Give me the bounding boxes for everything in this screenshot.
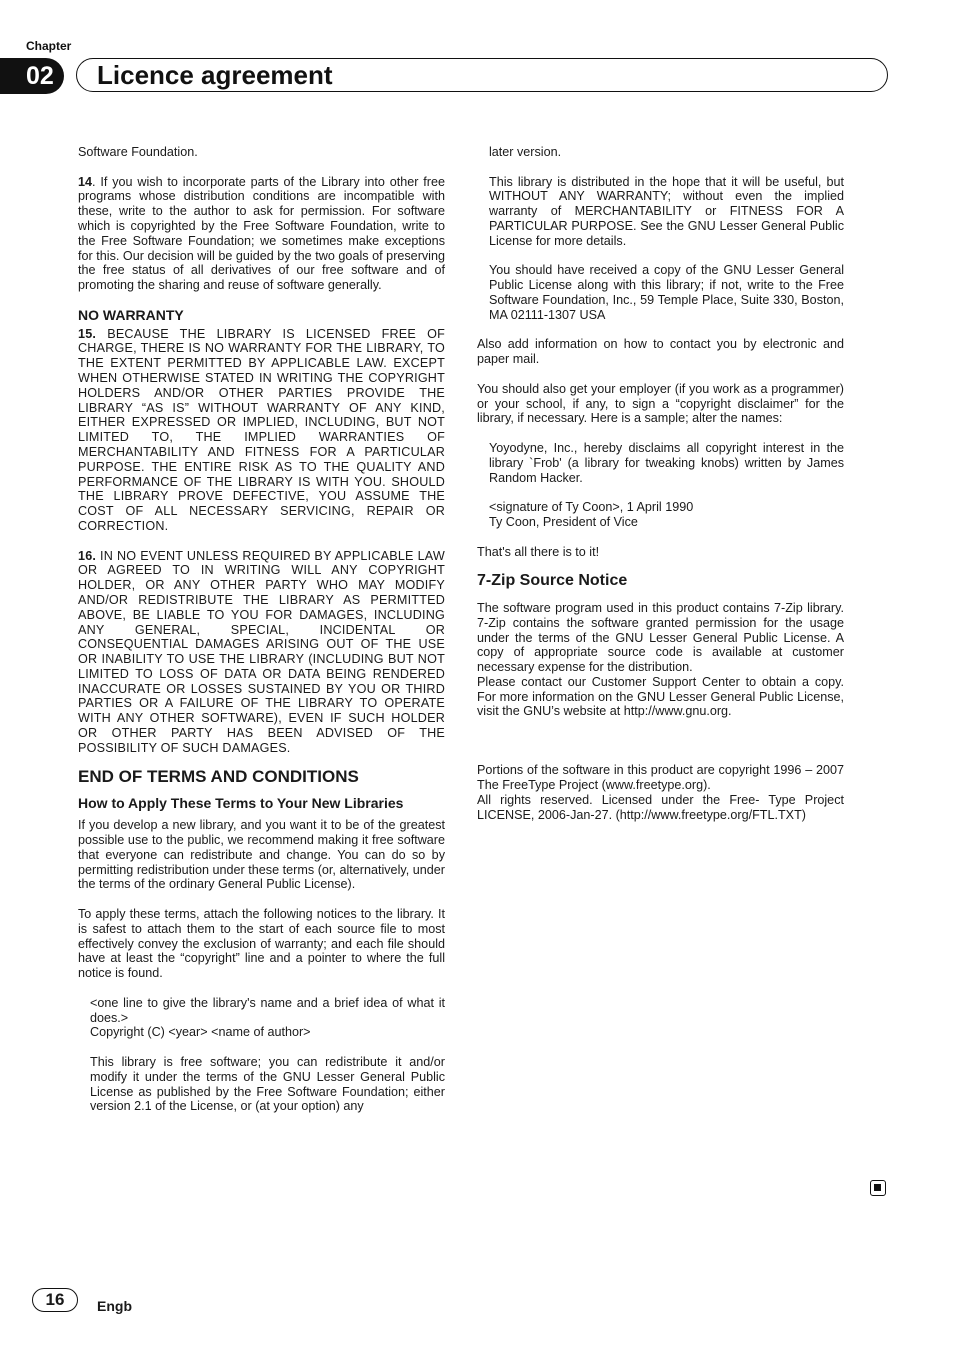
paragraph-item-14: 14. If you wish to incorporate parts of … [78,175,445,293]
page-number: 16 [32,1288,78,1312]
notice-block: <one line to give the library's name and… [78,996,445,1040]
heading-end-of-terms: END OF TERMS AND CONDITIONS [78,770,445,785]
paragraph-contact: Also add information on how to contact y… [477,337,844,367]
item-number: 14 [78,175,92,189]
right-column: later version. This library is distribut… [477,145,844,837]
paragraph-freetype: Portions of the software in this product… [477,763,844,822]
left-column: Software Foundation. 14. If you wish to … [78,145,445,1129]
paragraph-item-16: 16. IN NO EVENT UNLESS REQUIRED BY APPLI… [78,549,445,756]
paragraph-7zip: The software program used in this produc… [477,601,844,719]
language-code: Engb [97,1298,132,1314]
end-of-section-icon [870,1180,886,1196]
notice-free-software: This library is free software; you can r… [78,1055,445,1114]
item-number: 15. [78,327,96,341]
heading-7zip: 7-Zip Source Notice [477,574,844,589]
item-number: 16. [78,549,96,563]
page-title: Licence agreement [97,59,333,91]
paragraph-continuation: Software Foundation. [78,145,445,160]
paragraph-apply: To apply these terms, attach the followi… [78,907,445,981]
paragraph-continuation: later version. [477,145,844,160]
paragraph-received: You should have received a copy of the G… [477,263,844,322]
paragraph-thats-all: That's all there is to it! [477,545,844,560]
paragraph-distributed: This library is distributed in the hope … [477,175,844,249]
paragraph-item-15: 15. BECAUSE THE LIBRARY IS LICENSED FREE… [78,327,445,534]
chapter-label: Chapter [26,39,71,53]
heading-how-to-apply: How to Apply These Terms to Your New Lib… [78,795,445,812]
paragraph-develop: If you develop a new library, and you wa… [78,818,445,892]
title-bar: Licence agreement [76,58,888,92]
signature-block: <signature of Ty Coon>, 1 April 1990Ty C… [477,500,844,530]
paragraph-employer: You should also get your employer (if yo… [477,382,844,426]
chapter-number-tab: 02 [0,58,64,94]
paragraph-yoyodyne: Yoyodyne, Inc., hereby disclaims all cop… [477,441,844,485]
heading-no-warranty: NO WARRANTY [78,308,445,323]
